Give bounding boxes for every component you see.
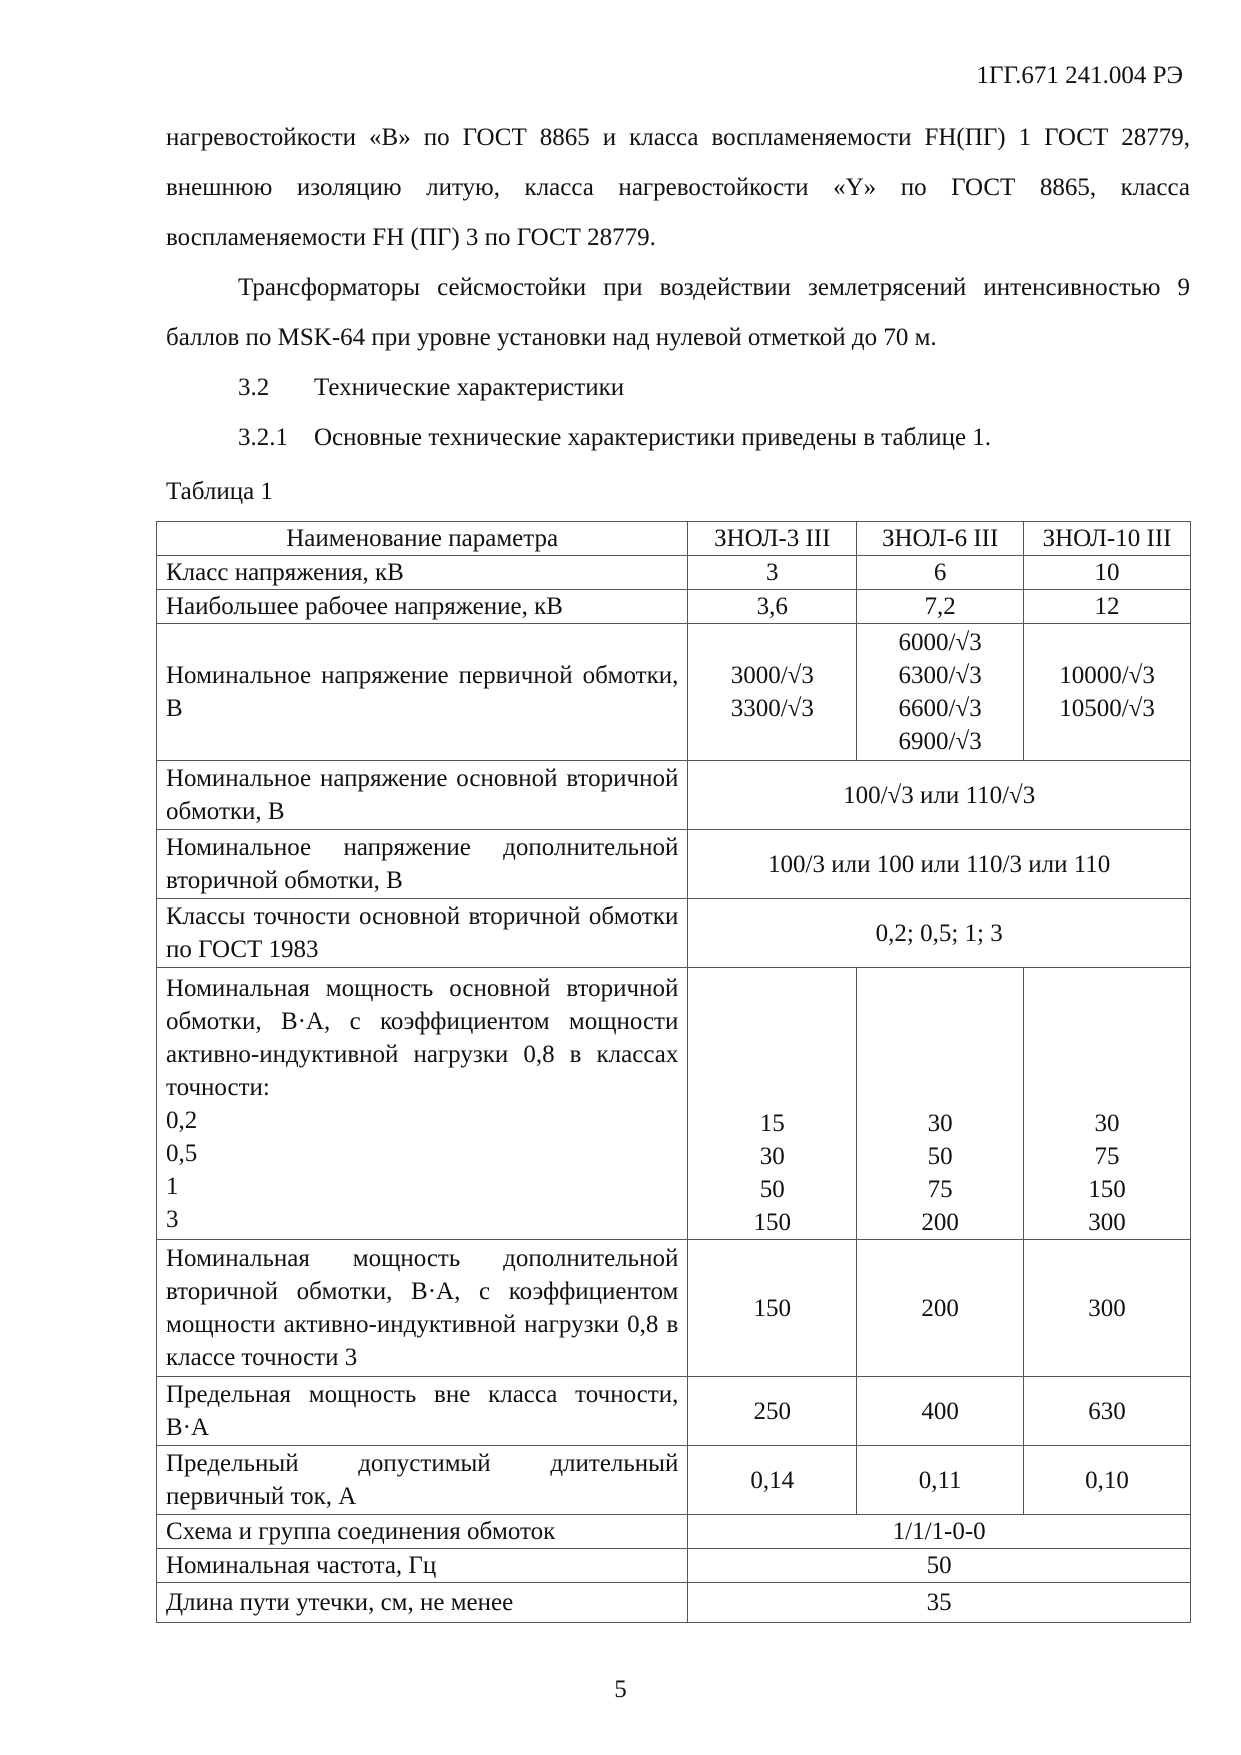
- value-cell: 3: [688, 556, 857, 590]
- value-line: 300: [1033, 1206, 1181, 1239]
- table-caption: Таблица 1: [166, 478, 273, 506]
- value-cell: 10000/√310500/√3: [1024, 624, 1191, 761]
- value-line: 50: [866, 1140, 1014, 1173]
- value-cell: 3075150300: [1024, 968, 1191, 1240]
- value-line: 10500/√3: [1033, 692, 1181, 725]
- parameter-cell: Класс напряжения, кВ: [157, 556, 688, 590]
- table-row: Номинальная частота, Гц50: [157, 1549, 1191, 1583]
- parameter-cell: Номинальное напряжение первичной обмотки…: [157, 624, 688, 761]
- table-row: Номинальная мощность дополнительной втор…: [157, 1240, 1191, 1377]
- value-line: 30: [697, 1140, 847, 1173]
- value-cell: 400: [857, 1377, 1024, 1446]
- value-cell: 0,10: [1024, 1446, 1191, 1515]
- value-line: 6600/√3: [866, 692, 1014, 725]
- value-line: 6000/√3: [866, 626, 1014, 659]
- section-heading: 3.2Технические характеристики: [166, 363, 1190, 413]
- value-line: 150: [1033, 1173, 1181, 1206]
- value-cell: 200: [857, 1240, 1024, 1377]
- table-row: Номинальное напряжение первичной обмотки…: [157, 624, 1191, 761]
- value-line: 30: [866, 1107, 1014, 1140]
- value-cell: 0,14: [688, 1446, 857, 1515]
- value-line: 3000/√3: [697, 659, 847, 692]
- parameter-cell: Номинальная частота, Гц: [157, 1549, 688, 1583]
- value-cell: 305075200: [857, 968, 1024, 1240]
- specifications-table: Наименование параметра ЗНОЛ-3 III ЗНОЛ-6…: [156, 521, 1191, 1623]
- table-row: Номинальная мощность основной вторичной …: [157, 968, 1191, 1240]
- table-row: Предельная мощность вне класса точности,…: [157, 1377, 1191, 1446]
- value-line: 15: [697, 1107, 847, 1140]
- value-cell: 0,11: [857, 1446, 1024, 1515]
- table-row: Номинальное напряжение основной вторично…: [157, 761, 1191, 830]
- value-cell: 150: [688, 1240, 857, 1377]
- merged-value-cell: 100/√3 или 110/√3: [688, 761, 1191, 830]
- merged-value-cell: 100/3 или 100 или 110/3 или 110: [688, 830, 1191, 899]
- parameter-cell: Классы точности основной вторичной обмот…: [157, 899, 688, 968]
- value-line: 200: [866, 1206, 1014, 1239]
- subsection-line: 3.2.1Основные технические характеристики…: [166, 413, 1190, 463]
- value-line: 150: [697, 1206, 847, 1239]
- value-line: 10000/√3: [1033, 659, 1181, 692]
- table-header-row: Наименование параметра ЗНОЛ-3 III ЗНОЛ-6…: [157, 522, 1191, 556]
- value-line: 75: [866, 1173, 1014, 1206]
- accuracy-class: 0,5: [166, 1137, 678, 1170]
- merged-value-cell: 35: [688, 1583, 1191, 1623]
- header-parameter: Наименование параметра: [157, 522, 688, 556]
- value-line: 75: [1033, 1140, 1181, 1173]
- merged-value-cell: 50: [688, 1549, 1191, 1583]
- table-row: Классы точности основной вторичной обмот…: [157, 899, 1191, 968]
- parameter-cell: Номинальное напряжение дополнительной вт…: [157, 830, 688, 899]
- value-line: 6300/√3: [866, 659, 1014, 692]
- subsection-number: 3.2.1: [238, 413, 314, 463]
- accuracy-class-list: 0,20,513: [166, 1104, 678, 1236]
- body-text: нагревостойкости «В» по ГОСТ 8865 и клас…: [166, 113, 1190, 463]
- header-znol-6: ЗНОЛ-6 III: [857, 522, 1024, 556]
- parameter-cell: Предельный допустимый длительный первичн…: [157, 1446, 688, 1515]
- subsection-text: Основные технические характеристики прив…: [314, 424, 991, 451]
- parameter-cell: Предельная мощность вне класса точности,…: [157, 1377, 688, 1446]
- parameter-cell: Наибольшее рабочее напряжение, кВ: [157, 590, 688, 624]
- table-row: Номинальное напряжение дополнительной вт…: [157, 830, 1191, 899]
- value-line: 50: [697, 1173, 847, 1206]
- paragraph-insulation: нагревостойкости «В» по ГОСТ 8865 и клас…: [166, 113, 1190, 263]
- value-cell: 7,2: [857, 590, 1024, 624]
- paragraph-seismic: Трансформаторы сейсмостойки при воздейст…: [166, 263, 1190, 363]
- parameter-text: Номинальная мощность основной вторичной …: [166, 972, 678, 1104]
- accuracy-class: 3: [166, 1203, 678, 1236]
- value-cell: 250: [688, 1377, 857, 1446]
- document-code-header: 1ГГ.671 241.004 РЭ: [977, 62, 1184, 90]
- parameter-cell: Номинальная мощность основной вторичной …: [157, 968, 688, 1240]
- value-cell: 12: [1024, 590, 1191, 624]
- value-cell: 630: [1024, 1377, 1191, 1446]
- table-row: Схема и группа соединения обмоток1/1/1-0…: [157, 1515, 1191, 1549]
- table-row: Предельный допустимый длительный первичн…: [157, 1446, 1191, 1515]
- parameter-cell: Длина пути утечки, см, не менее: [157, 1583, 688, 1623]
- accuracy-class: 0,2: [166, 1104, 678, 1137]
- value-cell: 6: [857, 556, 1024, 590]
- parameter-cell: Схема и группа соединения обмоток: [157, 1515, 688, 1549]
- table-row: Наибольшее рабочее напряжение, кВ3,67,21…: [157, 590, 1191, 624]
- parameter-cell: Номинальное напряжение основной вторично…: [157, 761, 688, 830]
- value-cell: 153050150: [688, 968, 857, 1240]
- header-znol-3: ЗНОЛ-3 III: [688, 522, 857, 556]
- table-row: Длина пути утечки, см, не менее35: [157, 1583, 1191, 1623]
- header-znol-10: ЗНОЛ-10 III: [1024, 522, 1191, 556]
- merged-value-cell: 0,2; 0,5; 1; 3: [688, 899, 1191, 968]
- value-line: 3300/√3: [697, 692, 847, 725]
- section-number: 3.2: [238, 363, 314, 413]
- value-cell: 3000/√33300/√3: [688, 624, 857, 761]
- table-row: Класс напряжения, кВ3610: [157, 556, 1191, 590]
- value-line: 6900/√3: [866, 725, 1014, 758]
- value-cell: 6000/√36300/√36600/√36900/√3: [857, 624, 1024, 761]
- parameter-cell: Номинальная мощность дополнительной втор…: [157, 1240, 688, 1377]
- page-number: 5: [0, 1676, 1241, 1704]
- merged-value-cell: 1/1/1-0-0: [688, 1515, 1191, 1549]
- section-title: Технические характеристики: [314, 374, 624, 401]
- value-cell: 10: [1024, 556, 1191, 590]
- value-cell: 3,6: [688, 590, 857, 624]
- value-cell: 300: [1024, 1240, 1191, 1377]
- value-line: 30: [1033, 1107, 1181, 1140]
- accuracy-class: 1: [166, 1170, 678, 1203]
